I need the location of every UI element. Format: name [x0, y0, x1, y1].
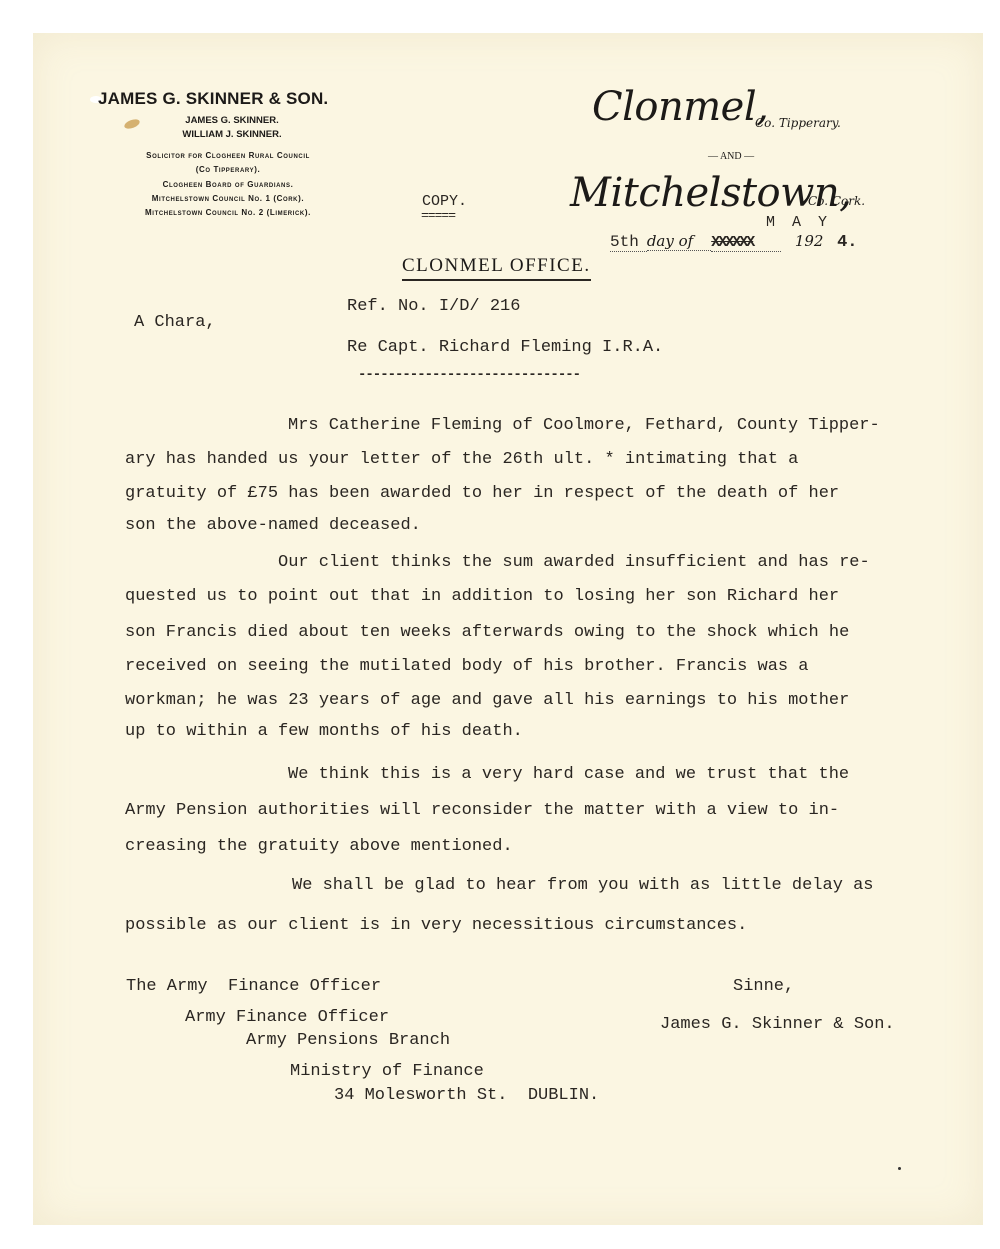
- copy-underline: =====: [421, 208, 455, 223]
- body-line: son the above-named deceased.: [125, 516, 421, 535]
- body-line: gratuity of £75 has been awarded to her …: [125, 484, 839, 503]
- salutation: A Chara,: [134, 313, 216, 332]
- subject-rule: ------------------------------: [358, 367, 580, 383]
- office-county-cork: Co. Cork.: [808, 194, 865, 208]
- body-line: We shall be glad to hear from you with a…: [292, 876, 874, 895]
- appointment-line: (Co Tipperary).: [98, 165, 358, 174]
- addressee-line: Ministry of Finance: [290, 1062, 484, 1081]
- body-line: up to within a few months of his death.: [125, 722, 523, 741]
- date-line: 5thday ofXXXXXX 192 4.: [610, 232, 857, 252]
- office-heading: CLONMEL OFFICE.: [402, 255, 591, 281]
- body-line: creasing the gratuity above mentioned.: [125, 837, 513, 856]
- body-line: son Francis died about ten weeks afterwa…: [125, 623, 849, 642]
- firm-name: JAMES G. SKINNER & SON.: [98, 89, 328, 109]
- date-month-struck: XXXXXX: [711, 234, 781, 252]
- addressee-line: 34 Molesworth St. DUBLIN.: [334, 1086, 599, 1105]
- appointment-line: Clogheen Board of Guardians.: [98, 180, 358, 189]
- partner-name: JAMES G. SKINNER.: [132, 115, 332, 126]
- office-town-clonmel: Clonmel,: [592, 84, 768, 130]
- signature: James G. Skinner & Son.: [660, 1015, 895, 1034]
- date-day-label: day of: [647, 232, 711, 251]
- reference-number: Ref. No. I/D/ 216: [347, 297, 520, 316]
- and-separator: — AND —: [708, 151, 754, 162]
- body-line: quested us to point out that in addition…: [125, 587, 839, 606]
- appointment-line: Mitchelstown Council No. 2 (Limerick).: [98, 208, 358, 217]
- body-line: ary has handed us your letter of the 26t…: [125, 450, 798, 469]
- body-line: possible as our client is in very necess…: [125, 916, 747, 935]
- body-line: workman; he was 23 years of age and gave…: [125, 691, 849, 710]
- appointment-line: Solicitor for Clogheen Rural Council: [98, 151, 358, 160]
- body-line: We think this is a very hard case and we…: [288, 765, 849, 784]
- addressee-line: Army Pensions Branch: [246, 1031, 450, 1050]
- appointment-line: Mitchelstown Council No. 1 (Cork).: [98, 194, 358, 203]
- body-line: Mrs Catherine Fleming of Coolmore, Fetha…: [288, 416, 880, 435]
- valediction: Sinne,: [733, 977, 794, 996]
- date-day: 5th: [610, 233, 647, 252]
- subject-line: Re Capt. Richard Fleming I.R.A.: [347, 338, 663, 357]
- body-line: Army Pension authorities will reconsider…: [125, 801, 839, 820]
- date-month-corrected: M A Y: [766, 214, 831, 231]
- office-county-tipperary: Co. Tipperary.: [755, 116, 841, 130]
- addressee-line: The Army Finance Officer: [126, 977, 381, 996]
- body-line: Our client thinks the sum awarded insuff…: [278, 553, 870, 572]
- partner-name: WILLIAM J. SKINNER.: [132, 129, 332, 140]
- date-year-suffix: 4.: [837, 233, 857, 252]
- addressee-line: Army Finance Officer: [185, 1008, 389, 1027]
- body-line: received on seeing the mutilated body of…: [125, 657, 809, 676]
- office-town-mitchelstown: Mitchelstown,: [570, 170, 851, 216]
- speck: [898, 1167, 901, 1170]
- date-year-prefix: 192: [795, 232, 824, 250]
